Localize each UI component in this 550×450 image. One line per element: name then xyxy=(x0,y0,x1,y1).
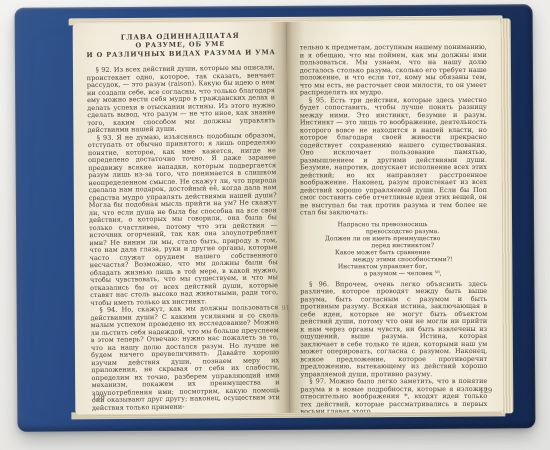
photo-background: ГЛАВА ОДИННАДЦАТАЯ О РАЗУМЕ, ОБ УМЕ И О … xyxy=(0,0,550,450)
paragraph-96: § 96. Впрочем, очень легко объяснить зде… xyxy=(300,281,487,379)
paragraph-94: § 94. Но, скажут, как мы должны пользова… xyxy=(90,304,280,412)
paragraph-94-continuation: тельно к предметам, доступным нашему пон… xyxy=(300,44,487,97)
book-cover: ГЛАВА ОДИННАДЦАТАЯ О РАЗУМЕ, ОБ УМЕ И О … xyxy=(15,4,536,432)
left-page-text-block: ГЛАВА ОДИННАДЦАТАЯ О РАЗУМЕ, ОБ УМЕ И О … xyxy=(73,22,290,414)
verse-quote: Напрасно ты превозносишь превосходство р… xyxy=(321,221,467,277)
page-number-left: 128 xyxy=(92,393,105,401)
paragraph-92: § 92. Из всех действий души, которые мы … xyxy=(87,64,276,134)
left-page: ГЛАВА ОДИННАДЦАТАЯ О РАЗУМЕ, ОБ УМЕ И О … xyxy=(73,22,290,414)
verse-line: а разумом — человек ⁵⁸, xyxy=(330,270,476,277)
paragraph-93: § 93. Я не думаю, изъясняясь подобным об… xyxy=(88,132,279,307)
chapter-heading: ГЛАВА ОДИННАДЦАТАЯ О РАЗУМЕ, ОБ УМЕ И О … xyxy=(86,30,274,60)
paragraph-97: § 97. Можно было легко заметить, что в п… xyxy=(300,378,487,413)
right-page-text-block: тельно к предметам, доступным нашему пон… xyxy=(288,21,503,413)
paragraph-95: § 95. Есть три действия, которые здесь у… xyxy=(300,97,487,217)
open-pages: ГЛАВА ОДИННАДЦАТАЯ О РАЗУМЕ, ОБ УМЕ И О … xyxy=(73,20,504,414)
gutter-stray-number: 91 xyxy=(282,305,290,312)
right-page: тельно к предметам, доступным нашему пон… xyxy=(287,20,504,412)
chapter-title-line-2: И О РАЗЛИЧНЫХ ВИДАХ РАЗУМА И УМА xyxy=(86,48,274,60)
page-number-right: 129 xyxy=(480,386,493,394)
